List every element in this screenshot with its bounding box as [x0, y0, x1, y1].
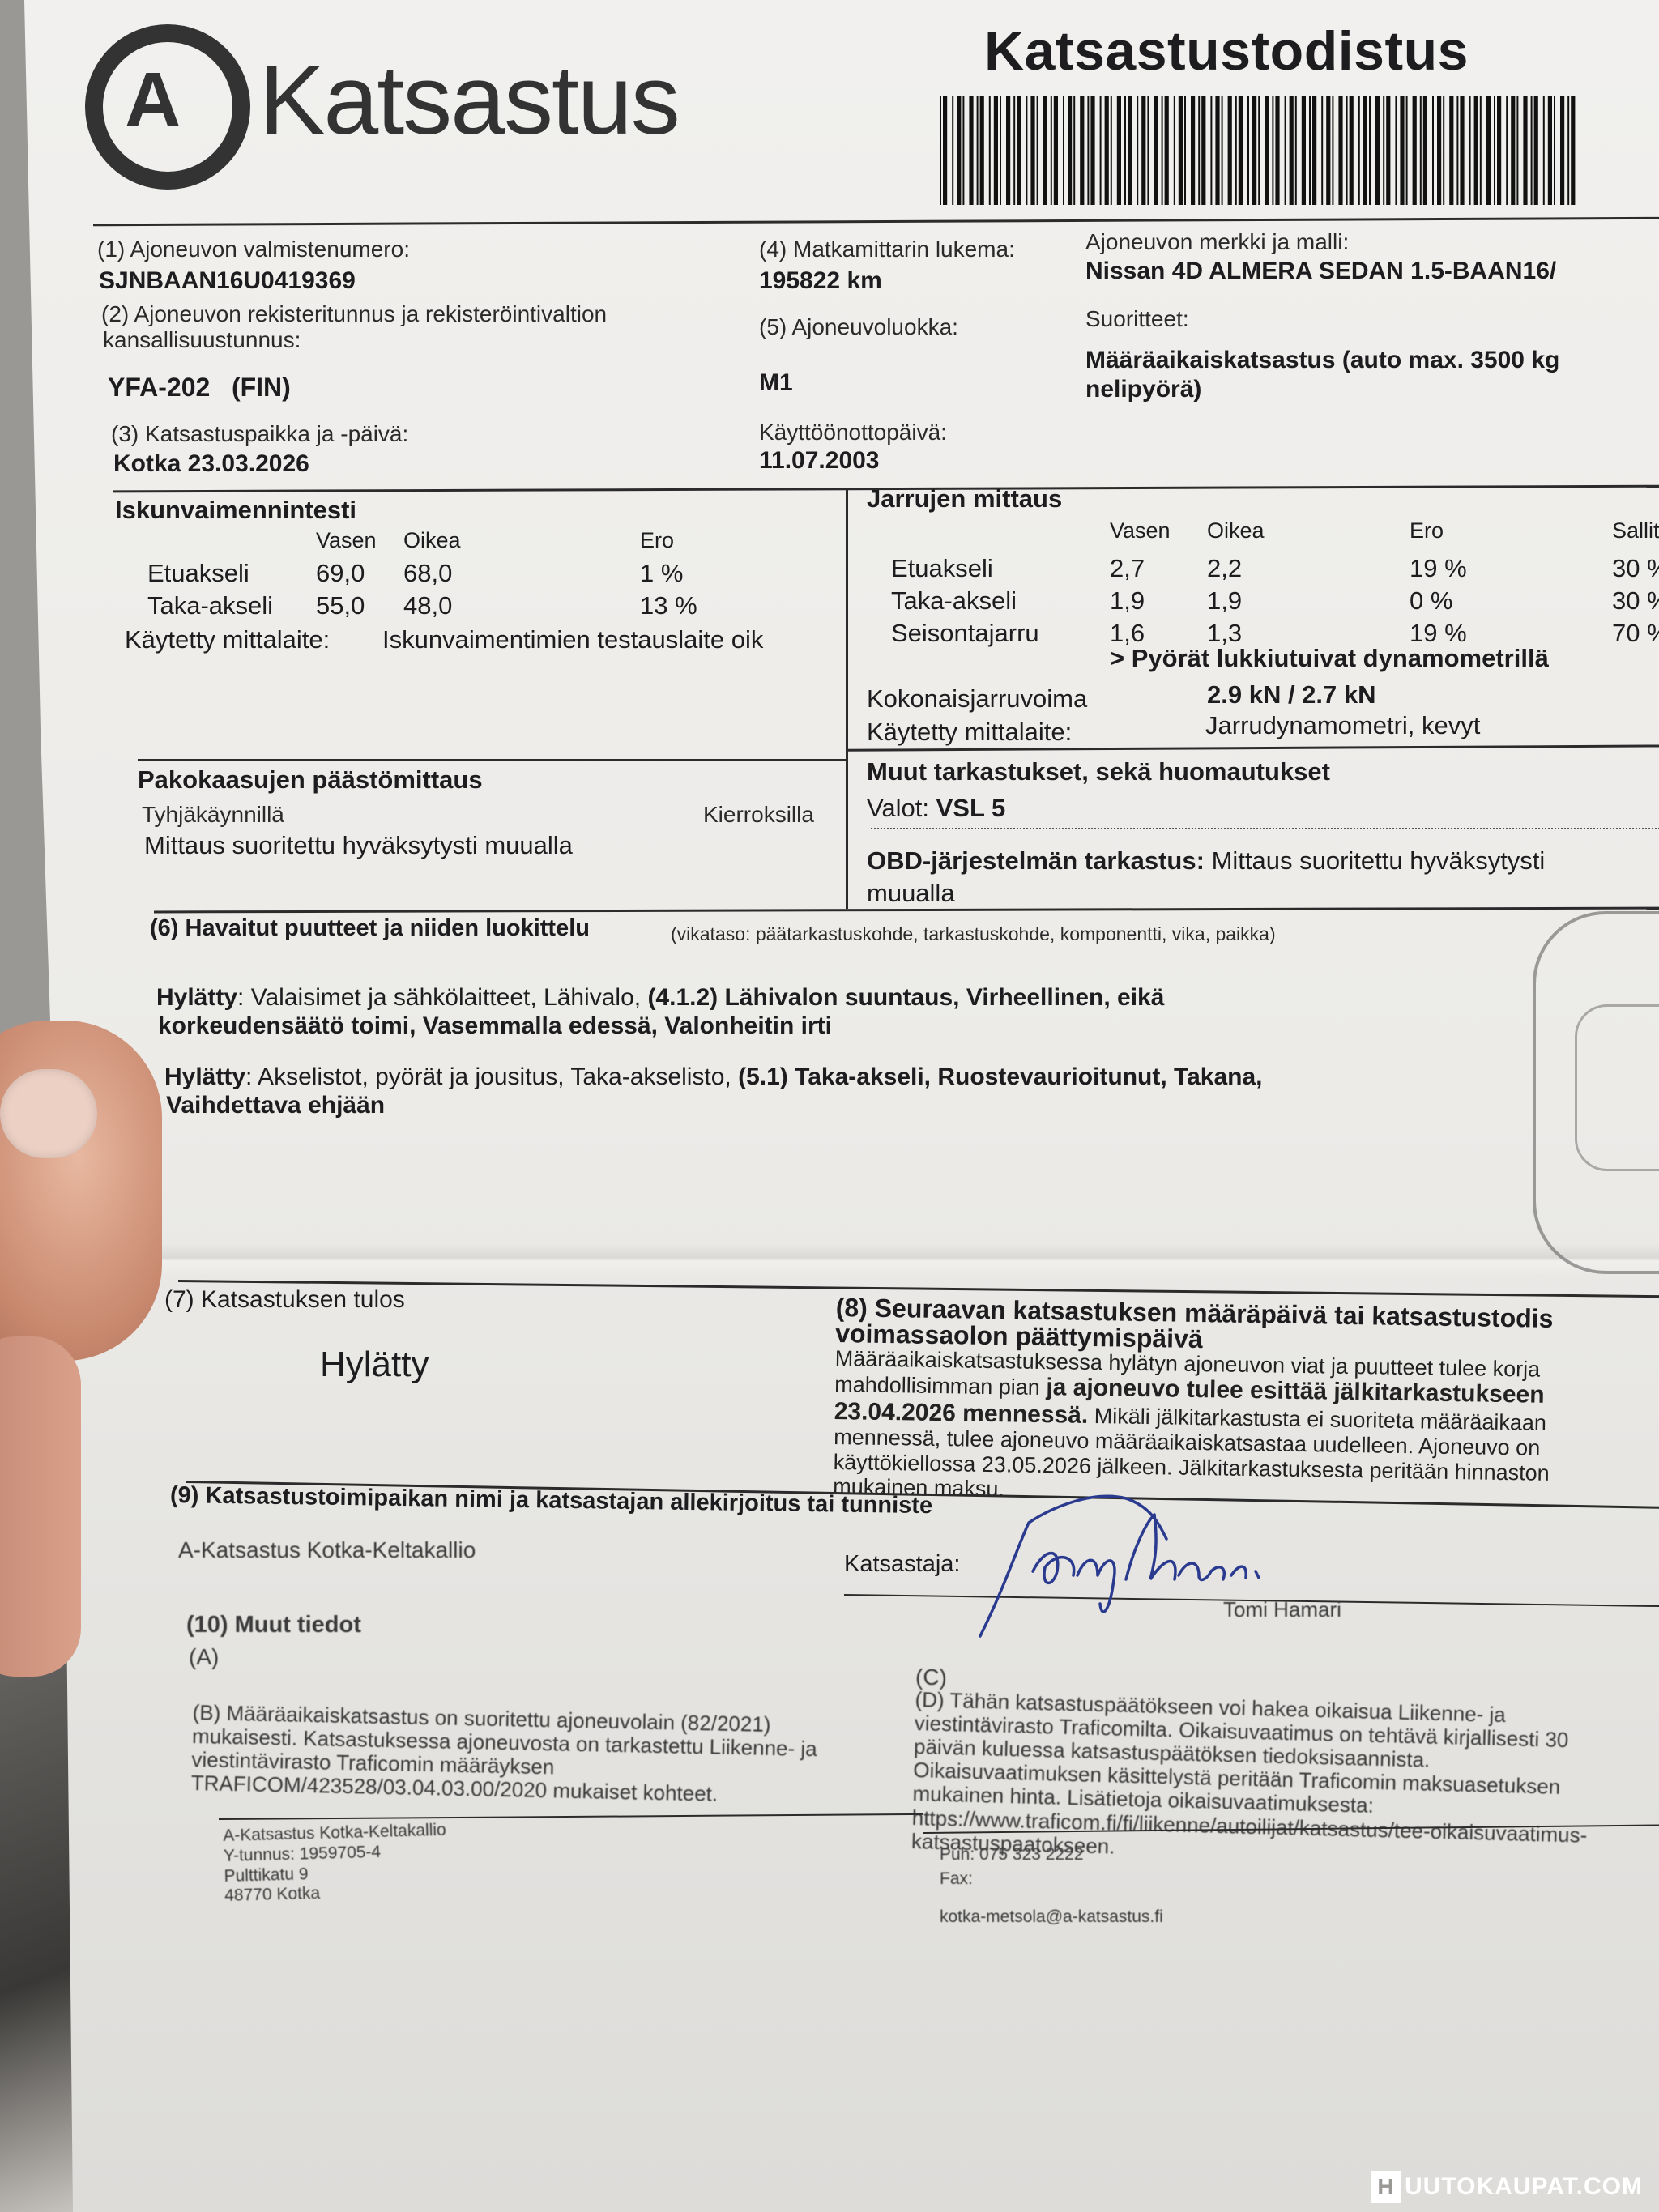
- table-cell: 1,9: [1110, 586, 1145, 616]
- reg-label: (2) Ajoneuvon rekisteritunnus ja rekiste…: [101, 301, 607, 327]
- defect-item: Hylätty: Valaisimet ja sähkölaitteet, Lä…: [156, 984, 1164, 1012]
- table-cell: Seisontajarru: [891, 619, 1039, 648]
- hand-thumb: [0, 1021, 162, 1361]
- barcode-icon: [940, 96, 1588, 205]
- text-span: mahdollisimman pian: [834, 1372, 1047, 1400]
- obd-row: OBD-järjestelmän tarkastus: Mittaus suor…: [867, 846, 1545, 876]
- footer-company: A-Katsastus Kotka-KeltakallioY-tunnus: 1…: [223, 1821, 448, 1907]
- lights-value: VSL 5: [936, 794, 1006, 822]
- column-header: Vasen: [316, 528, 377, 553]
- vin-label: (1) Ajoneuvon valmistenumero:: [97, 237, 410, 262]
- paper-fold: [24, 1243, 1659, 1276]
- document-title: Katsastustodistus: [984, 19, 1469, 83]
- hand-finger: [0, 1336, 81, 1677]
- brake-test-table: VasenOikeaEroSallittuEtuakseli2,72,219 %…: [867, 518, 1659, 648]
- other-info-b: (B) Määräaikaiskatsastus on suoritettu a…: [191, 1701, 906, 1810]
- brake-device-label: Käytetty mittalaite:: [867, 718, 1072, 747]
- divider: [219, 1813, 923, 1820]
- defect-detail-2: korkeudensäätö toimi, Vasemmalla edessä,…: [158, 1012, 832, 1040]
- registration-value: YFA-202 (FIN): [108, 373, 291, 403]
- table-cell: Etuakseli: [147, 559, 249, 588]
- table-cell: 69,0: [316, 559, 365, 588]
- watermark-text: UUTOKAUPAT.COM: [1405, 2173, 1643, 2201]
- odometer-value: 195822 km: [759, 267, 882, 295]
- other-info-title: (10) Muut tiedot: [186, 1612, 361, 1639]
- table-cell: 48,0: [403, 591, 452, 620]
- lights-row: Valot: VSL 5: [867, 794, 1005, 823]
- logo-text: Katsastus: [259, 50, 679, 149]
- table-cell: 19 %: [1410, 554, 1467, 583]
- total-brake-value: 2.9 kN / 2.7 kN: [1207, 680, 1376, 710]
- column-header: Sallittu: [1612, 518, 1659, 543]
- first-use-label: Käyttöönottopäivä:: [759, 420, 947, 445]
- defect-level: Hylätty: [156, 984, 237, 1011]
- column-divider: [846, 488, 848, 909]
- place-date-value: Kotka 23.03.2026: [113, 450, 309, 478]
- defect-item: Hylätty: Akselistot, pyörät ja jousitus,…: [164, 1063, 1263, 1091]
- table-cell: 30 %: [1612, 554, 1659, 583]
- table-cell: 55,0: [316, 591, 365, 620]
- station-title: (9) Katsastustoimipaikan nimi ja katsast…: [170, 1482, 933, 1519]
- shock-test-title: Iskunvaimennintesti: [115, 496, 356, 525]
- table-cell: 70 %: [1612, 619, 1659, 648]
- column-header: Vasen: [1110, 518, 1171, 543]
- first-use-value: 11.07.2003: [759, 447, 880, 475]
- shock-device-value: Iskunvaimentimien testauslaite oik: [382, 625, 763, 654]
- table-cell: Etuakseli: [891, 554, 993, 583]
- thumbnail: [0, 1069, 97, 1158]
- table-cell: Taka-akseli: [147, 591, 273, 620]
- defect-detail-2: Vaihdettava ehjään: [166, 1092, 385, 1119]
- column-header: Oikea: [403, 528, 461, 553]
- table-cell: 1,9: [1207, 586, 1242, 616]
- table-cell: 0 %: [1410, 586, 1452, 616]
- odometer-label: (4) Matkamittarin lukema:: [759, 237, 1015, 262]
- defect-context: : Valaisimet ja sähkölaitteet, Lähivalo,: [237, 984, 647, 1011]
- total-brake-label: Kokonaisjarruvoima: [867, 684, 1087, 714]
- column-header: Ero: [1410, 518, 1444, 543]
- defects-title: (6) Havaitut puutteet ja niiden luokitte…: [150, 915, 590, 942]
- services-value-2: nelipyörä): [1085, 376, 1201, 403]
- brake-device-value: Jarrudynamometri, kevyt: [1205, 711, 1480, 740]
- defect-detail: (4.1.2) Lähivalon suuntaus, Virheellinen…: [647, 984, 1164, 1011]
- defect-level: Hylätty: [164, 1063, 245, 1090]
- divider: [93, 217, 1659, 227]
- shock-device-label: Käytetty mittalaite:: [125, 625, 330, 654]
- defect-context: : Akselistot, pyörät ja jousitus, Taka-a…: [245, 1063, 738, 1090]
- obd-value-2: muualla: [867, 879, 955, 908]
- obd-label: OBD-järjestelmän tarkastus:: [867, 846, 1205, 875]
- footer-email: kotka-metsola@a-katsastus.fi: [940, 1907, 1163, 1927]
- brake-note: > Pyörät lukkiutuivat dynamometrillä: [1110, 644, 1549, 673]
- idle-label: Tyhjäkäynnillä: [142, 802, 284, 828]
- result-value: Hylätty: [320, 1345, 429, 1385]
- table-cell: 13 %: [640, 591, 697, 620]
- column-header: Ero: [640, 528, 674, 553]
- divider: [138, 759, 847, 761]
- rpm-label: Kierroksilla: [703, 802, 814, 828]
- huutokaupat-logo-icon: H: [1371, 2171, 1401, 2203]
- reg-label-2: kansallisuustunnus:: [103, 327, 301, 353]
- table-cell: 1 %: [640, 559, 683, 588]
- result-label: (7) Katsastuksen tulos: [164, 1286, 405, 1314]
- inspector-name: Tomi Hamari: [1223, 1597, 1341, 1622]
- column-header: Oikea: [1207, 518, 1265, 543]
- table-cell: 30 %: [1612, 586, 1659, 616]
- make-model-value: Nissan 4D ALMERA SEDAN 1.5-BAAN16/: [1085, 258, 1556, 285]
- make-model-label: Ajoneuvon merkki ja malli:: [1085, 229, 1349, 255]
- brake-test-title: Jarrujen mittaus: [867, 484, 1062, 514]
- table-cell: Taka-akseli: [891, 586, 1017, 616]
- emissions-result: Mittaus suoritettu hyväksytysti muualla: [144, 831, 573, 860]
- vehicle-class-label: (5) Ajoneuvoluokka:: [759, 314, 958, 340]
- obd-value: Mittaus suoritettu hyväksytysti: [1212, 846, 1546, 875]
- table-cell: 68,0: [403, 559, 452, 588]
- inspector-label: Katsastaja:: [844, 1551, 960, 1578]
- footer-phone: Puh: 075 323 2222: [940, 1845, 1084, 1865]
- signature-icon: [956, 1474, 1393, 1652]
- watermark: H UUTOKAUPAT.COM: [1371, 2171, 1643, 2203]
- inspection-certificate: A Katsastus Katsastustodistus (1) Ajoneu…: [24, 0, 1659, 2212]
- services-label: Suoritteet:: [1085, 306, 1189, 332]
- deadline-date: 23.04.2026 mennessä.: [834, 1398, 1088, 1429]
- car-window-icon: [1575, 1004, 1659, 1171]
- vehicle-class-value: M1: [759, 369, 793, 397]
- station-name: A-Katsastus Kotka-Keltakallio: [178, 1537, 476, 1563]
- footer-fax: Fax:: [940, 1869, 973, 1889]
- emissions-title: Pakokaasujen päästömittaus: [138, 765, 483, 795]
- defect-detail: (5.1) Taka-akseli, Ruostevaurioitunut, T…: [738, 1063, 1262, 1090]
- vin-value: SJNBAAN16U0419369: [99, 267, 356, 295]
- other-checks-title: Muut tarkastukset, sekä huomautukset: [867, 757, 1330, 786]
- place-date-label: (3) Katsastuspaikka ja -päivä:: [111, 421, 408, 447]
- table-cell: 2,2: [1207, 554, 1242, 583]
- defects-subtitle: (vikataso: päätarkastuskohde, tarkastusk…: [671, 923, 1276, 945]
- other-info-a: (A): [189, 1644, 219, 1670]
- lights-label: Valot:: [867, 794, 929, 822]
- logo-mark: A: [125, 62, 181, 139]
- dotted-divider: [871, 828, 1659, 829]
- table-cell: 2,7: [1110, 554, 1145, 583]
- services-value: Määräaikaiskatsastus (auto max. 3500 kg: [1085, 347, 1559, 374]
